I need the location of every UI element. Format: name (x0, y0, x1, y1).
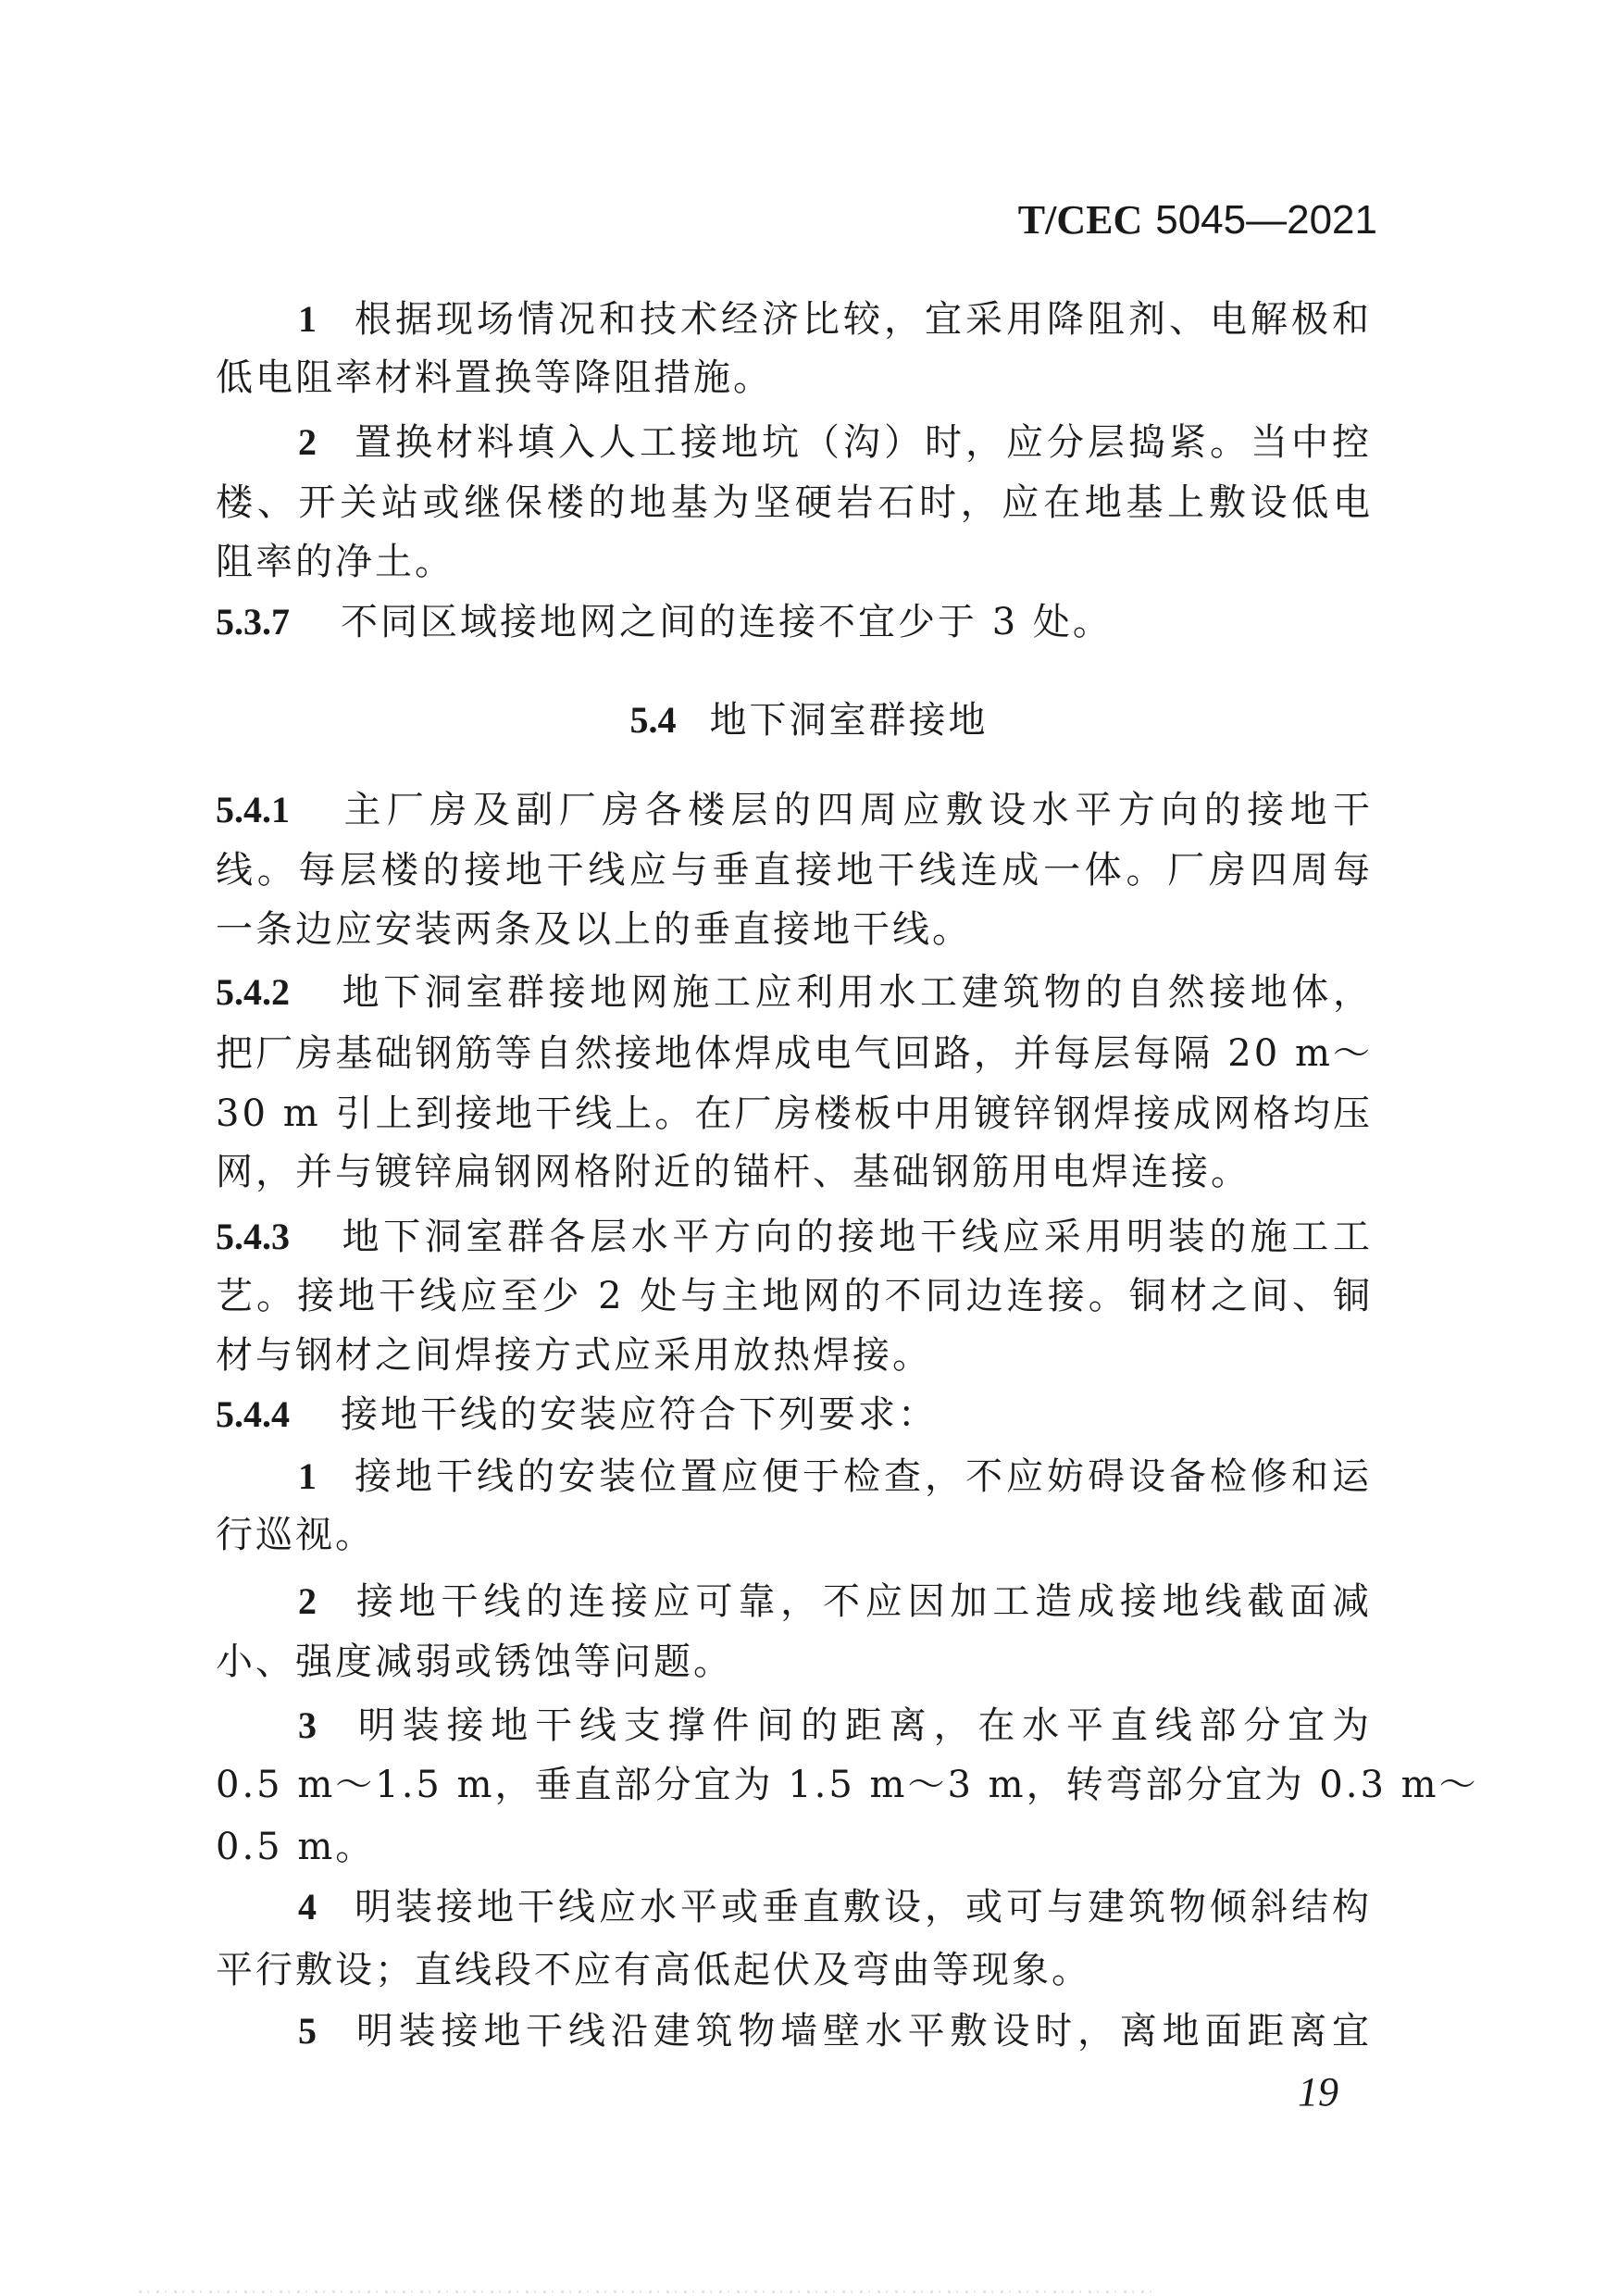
item-text: 明装接地干线沿建筑物墙壁水平敷设时，离地面距离宜 (354, 2010, 1372, 2053)
requirement-2-line-1: 2接地干线的连接应可靠，不应因加工造成接地线截面减 (298, 1579, 1372, 1624)
requirement-1-line-1: 1接地干线的安装位置应便于检查，不应妨碍设备检修和运 (298, 1454, 1372, 1499)
item-1-line-1: 1根据现场情况和技术经济比较，宜采用降阻剂、电解极和 (298, 297, 1372, 342)
item-number: 4 (298, 1885, 354, 1929)
item-number: 2 (298, 1579, 354, 1624)
clause-5-3-7: 5.3.7不同区域接地网之间的连接不宜少于 3 处。 (216, 600, 1373, 644)
requirement-3-line-2: 0.5 m～1.5 m，垂直部分宜为 1.5 m～3 m，转弯部分宜为 0.3 … (216, 1763, 1373, 1807)
clause-text: 主厂房及副厂房各楼层的四周应敷设水平方向的接地干 (341, 789, 1373, 831)
item-number: 5 (298, 2009, 354, 2053)
item-number: 1 (298, 1454, 354, 1499)
item-text: 明装接地干线应水平或垂直敷设，或可与建筑物倾斜结构 (354, 1886, 1372, 1928)
requirement-1-line-2: 行巡视。 (216, 1513, 1373, 1557)
standard-prefix: T/CEC (1018, 197, 1142, 243)
item-text: 置换材料填入人工接地坑（沟）时，应分层捣紧。当中控 (354, 421, 1372, 464)
item-number: 2 (298, 420, 354, 465)
clause-5-4-2-line-1: 5.4.2地下洞室群接地网施工应利用水工建筑物的自然接地体， (216, 970, 1373, 1015)
requirement-5-line-1: 5明装接地干线沿建筑物墙壁水平敷设时，离地面距离宜 (298, 2009, 1372, 2053)
clause-5-4-1-line-3: 一条边应安装两条及以上的垂直接地干线。 (216, 907, 1373, 952)
clause-text: 地下洞室群接地网施工应利用水工建筑物的自然接地体， (341, 971, 1373, 1014)
clause-5-4-1-line-1: 5.4.1主厂房及副厂房各楼层的四周应敷设水平方向的接地干 (216, 788, 1373, 832)
clause-5-4-2-line-4: 网，并与镀锌扁钢网格附近的锚杆、基础钢筋用电焊连接。 (216, 1150, 1373, 1194)
item-2-line-3: 阻率的净土。 (216, 540, 1373, 584)
item-1-line-2: 低电阻率材料置换等降阻措施。 (216, 356, 1373, 400)
item-text: 明装接地干线支撑件间的距离，在水平直线部分宜为 (354, 1704, 1372, 1747)
item-2-line-1: 2置换材料填入人工接地坑（沟）时，应分层捣紧。当中控 (298, 420, 1372, 465)
requirement-3-line-3: 0.5 m。 (216, 1825, 1373, 1869)
clause-5-4-4: 5.4.4接地干线的安装应符合下列要求： (216, 1392, 1373, 1437)
section-number: 5.4 (630, 699, 677, 741)
clause-number: 5.4.2 (216, 970, 341, 1015)
section-heading-5-4: 5.4地下洞室群接地 (0, 698, 1618, 742)
clause-text: 不同区域接地网之间的连接不宜少于 3 处。 (341, 601, 1113, 643)
page-number: 19 (1298, 2068, 1338, 2115)
clause-number: 5.4.4 (216, 1392, 341, 1437)
clause-text: 地下洞室群各层水平方向的接地干线应采用明装的施工工 (341, 1216, 1373, 1258)
item-text: 根据现场情况和技术经济比较，宜采用降阻剂、电解极和 (354, 298, 1372, 341)
clause-5-4-3-line-2: 艺。接地干线应至少 2 处与主地网的不同边连接。铜材之间、铜 (216, 1274, 1373, 1318)
section-title: 地下洞室群接地 (710, 699, 989, 742)
requirement-4-line-1: 4明装接地干线应水平或垂直敷设，或可与建筑物倾斜结构 (298, 1885, 1372, 1929)
document-page: T/CEC 5045—2021 1根据现场情况和技术经济比较，宜采用降阻剂、电解… (0, 0, 1618, 2296)
requirement-2-line-2: 小、强度减弱或锈蚀等问题。 (216, 1640, 1373, 1684)
item-text: 接地干线的安装位置应便于检查，不应妨碍设备检修和运 (354, 1455, 1372, 1498)
item-number: 3 (298, 1703, 354, 1748)
requirement-3-line-1: 3明装接地干线支撑件间的距离，在水平直线部分宜为 (298, 1703, 1372, 1748)
clause-5-4-3-line-3: 材与钢材之间焊接方式应采用放热焊接。 (216, 1333, 1373, 1378)
clause-5-4-1-line-2: 线。每层楼的接地干线应与垂直接地干线连成一体。厂房四周每 (216, 848, 1373, 892)
standard-code-header: T/CEC 5045—2021 (1018, 196, 1377, 243)
item-text: 接地干线的连接应可靠，不应因加工造成接地线截面减 (354, 1580, 1372, 1623)
item-number: 1 (298, 297, 354, 342)
clause-text: 接地干线的安装应符合下列要求： (341, 1393, 938, 1436)
clause-5-4-2-line-3: 30 m 引上到接地干线上。在厂房楼板中用镀锌钢焊接成网格均压 (216, 1092, 1373, 1136)
scan-edge-artifact (139, 2290, 1157, 2293)
requirement-4-line-2: 平行敷设；直线段不应有高低起伏及弯曲等现象。 (216, 1948, 1373, 1992)
item-2-line-2: 楼、开关站或继保楼的地基为坚硬岩石时，应在地基上敷设低电 (216, 480, 1373, 525)
clause-number: 5.3.7 (216, 600, 341, 644)
clause-5-4-3-line-1: 5.4.3地下洞室群各层水平方向的接地干线应采用明装的施工工 (216, 1215, 1373, 1259)
clause-number: 5.4.1 (216, 788, 341, 832)
clause-5-4-2-line-2: 把厂房基础钢筋等自然接地体焊成电气回路，并每层每隔 20 m～ (216, 1031, 1373, 1076)
clause-number: 5.4.3 (216, 1215, 341, 1259)
standard-number: 5045—2021 (1155, 197, 1377, 243)
